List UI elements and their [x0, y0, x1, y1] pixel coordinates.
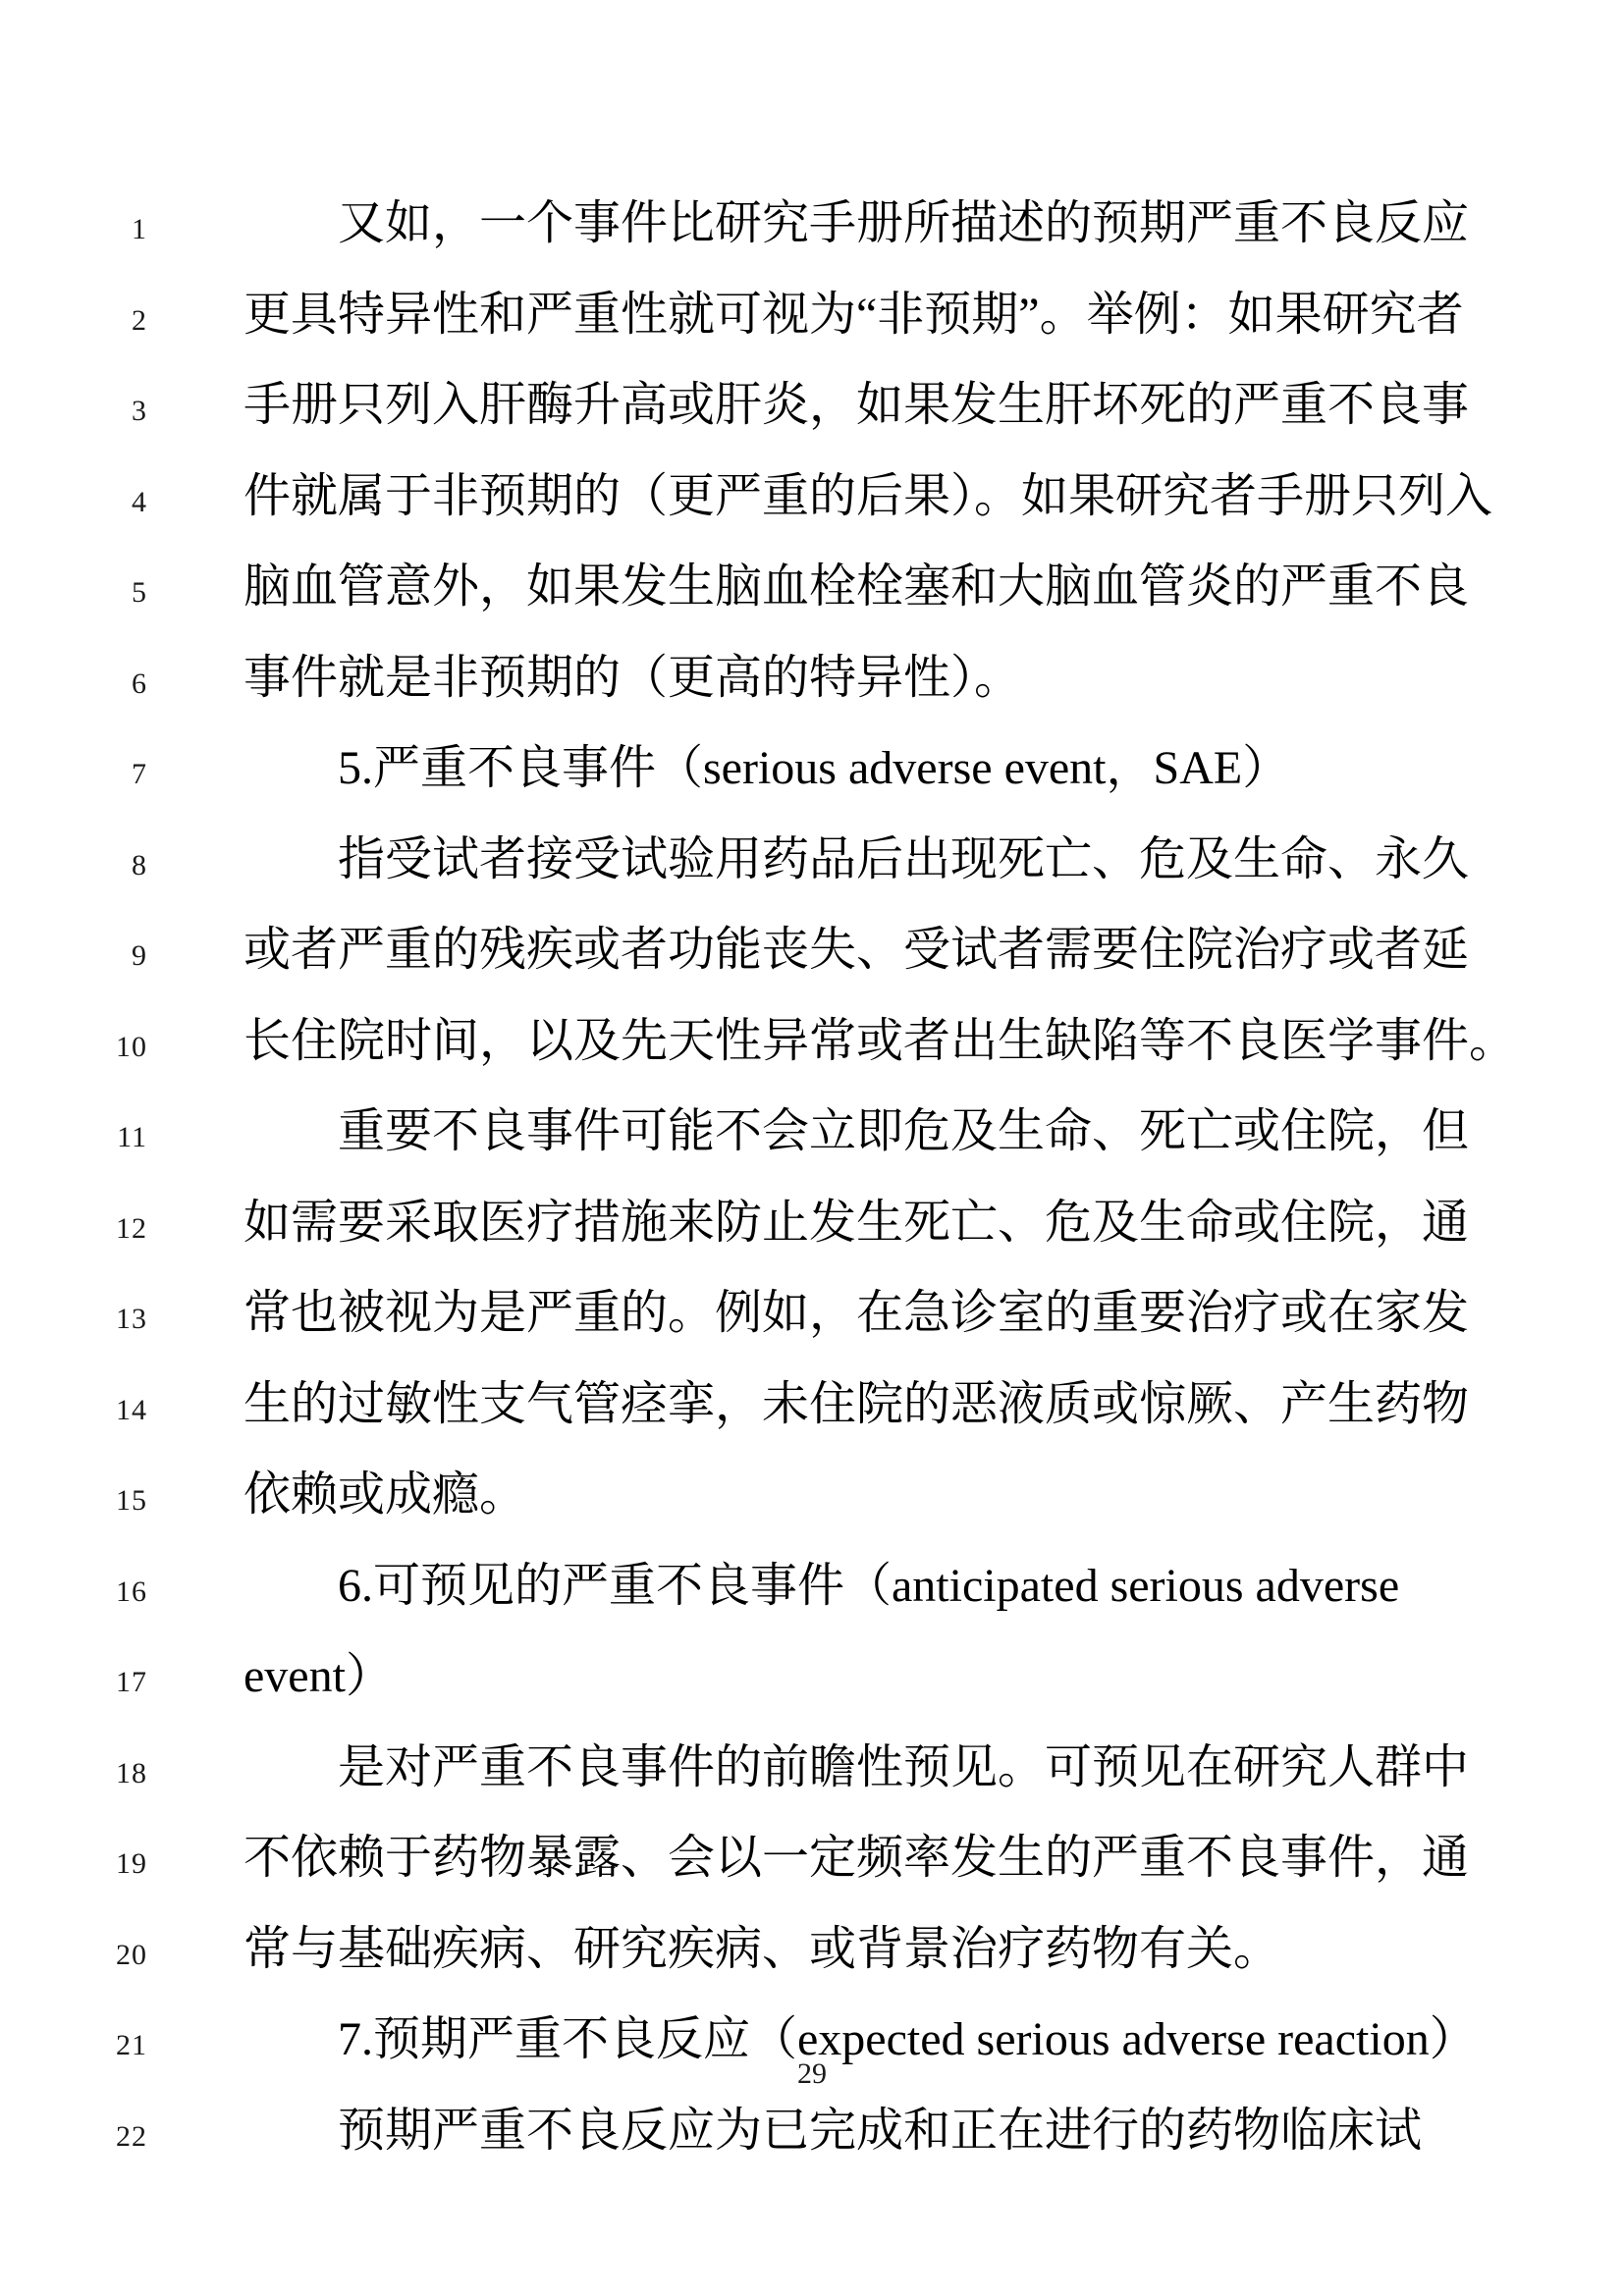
page-number: 29 [0, 2057, 1624, 2091]
text-line: 2更具特异性和严重性就可视为“非预期”。举例：如果研究者 [110, 273, 1496, 364]
text-line: 13常也被视为是严重的。例如，在急诊室的重要治疗或在家发 [110, 1271, 1496, 1362]
line-text: 5.严重不良事件（serious adverse event，SAE） [244, 726, 1496, 812]
text-line: 8指受试者接受试验用药品后出现死亡、危及生命、永久 [110, 818, 1496, 909]
line-number: 2 [110, 279, 147, 364]
line-number: 20 [110, 1913, 147, 1999]
text-line: 5脑血管意外，如果发生脑血栓栓塞和大脑血管炎的严重不良 [110, 545, 1496, 636]
line-number: 17 [110, 1640, 147, 1726]
line-number: 9 [110, 914, 147, 999]
line-text: 6.可预见的严重不良事件（anticipated serious adverse [244, 1544, 1496, 1629]
text-line: 22预期严重不良反应为已完成和正在进行的药物临床试 [110, 2089, 1496, 2180]
text-line: 1又如，一个事件比研究手册所描述的预期严重不良反应 [110, 182, 1496, 273]
line-text: 是对严重不良事件的前瞻性预见。可预见在研究人群中 [244, 1726, 1496, 1811]
line-text: 或者严重的残疾或者功能丧失、受试者需要住院治疗或者延 [244, 908, 1496, 993]
line-text: 件就属于非预期的（更严重的后果）。如果研究者手册只列入 [244, 454, 1496, 540]
line-number: 4 [110, 460, 147, 546]
line-number: 10 [110, 1005, 147, 1091]
text-line: 11重要不良事件可能不会立即危及生命、死亡或住院，但 [110, 1090, 1496, 1181]
line-text: 脑血管意外，如果发生脑血栓栓塞和大脑血管炎的严重不良 [244, 545, 1496, 630]
line-number: 1 [110, 187, 147, 273]
text-line: 10长住院时间，以及先天性异常或者出生缺陷等不良医学事件。 [110, 999, 1496, 1091]
text-line: 19不依赖于药物暴露、会以一定频率发生的严重不良事件，通 [110, 1816, 1496, 1907]
text-line: 17event） [110, 1634, 1496, 1726]
line-text: 预期严重不良反应为已完成和正在进行的药物临床试 [244, 2089, 1496, 2174]
line-text: 重要不良事件可能不会立即危及生命、死亡或住院，但 [244, 1090, 1496, 1175]
line-text: 生的过敏性支气管痉挛，未住院的恶液质或惊厥、产生药物 [244, 1362, 1496, 1448]
text-line: 20常与基础疾病、研究疾病、或背景治疗药物有关。 [110, 1907, 1496, 1999]
text-line: 18是对严重不良事件的前瞻性预见。可预见在研究人群中 [110, 1726, 1496, 1817]
text-line: 6事件就是非预期的（更高的特异性）。 [110, 636, 1496, 727]
line-text: 不依赖于药物暴露、会以一定频率发生的严重不良事件，通 [244, 1816, 1496, 1901]
text-line: 12如需要采取医疗措施来防止发生死亡、危及生命或住院，通 [110, 1181, 1496, 1272]
text-line-heading: 75.严重不良事件（serious adverse event，SAE） [110, 726, 1496, 818]
text-line: 14生的过敏性支气管痉挛，未住院的恶液质或惊厥、产生药物 [110, 1362, 1496, 1454]
line-number: 3 [110, 369, 147, 454]
line-number: 14 [110, 1368, 147, 1454]
line-number: 12 [110, 1187, 147, 1272]
line-number: 16 [110, 1550, 147, 1635]
line-number: 8 [110, 824, 147, 909]
line-text: event） [244, 1634, 1496, 1720]
document-page: 1又如，一个事件比研究手册所描述的预期严重不良反应 2更具特异性和严重性就可视为… [0, 0, 1624, 2296]
text-line: 3手册只列入肝酶升高或肝炎，如果发生肝坏死的严重不良事 [110, 363, 1496, 454]
line-text: 长住院时间，以及先天性异常或者出生缺陷等不良医学事件。 [244, 999, 1516, 1085]
line-text: 常也被视为是严重的。例如，在急诊室的重要治疗或在家发 [244, 1271, 1496, 1357]
line-text: 如需要采取医疗措施来防止发生死亡、危及生命或住院，通 [244, 1181, 1496, 1266]
document-body: 1又如，一个事件比研究手册所描述的预期严重不良反应 2更具特异性和严重性就可视为… [110, 182, 1496, 2179]
line-text: 手册只列入肝酶升高或肝炎，如果发生肝坏死的严重不良事 [244, 363, 1496, 449]
text-line-heading: 166.可预见的严重不良事件（anticipated serious adver… [110, 1544, 1496, 1635]
text-line: 9或者严重的残疾或者功能丧失、受试者需要住院治疗或者延 [110, 908, 1496, 999]
line-number: 7 [110, 732, 147, 818]
line-text: 又如，一个事件比研究手册所描述的预期严重不良反应 [244, 182, 1496, 267]
line-number: 19 [110, 1822, 147, 1907]
line-text: 更具特异性和严重性就可视为“非预期”。举例：如果研究者 [244, 273, 1496, 358]
line-number: 22 [110, 2095, 147, 2180]
line-number: 13 [110, 1277, 147, 1362]
line-number: 18 [110, 1732, 147, 1817]
text-line: 4件就属于非预期的（更严重的后果）。如果研究者手册只列入 [110, 454, 1496, 546]
line-number: 11 [110, 1095, 147, 1181]
line-text: 指受试者接受试验用药品后出现死亡、危及生命、永久 [244, 818, 1496, 903]
line-number: 15 [110, 1459, 147, 1544]
line-number: 5 [110, 551, 147, 636]
text-line: 15依赖或成瘾。 [110, 1453, 1496, 1544]
line-text: 依赖或成瘾。 [244, 1453, 1496, 1538]
line-text: 事件就是非预期的（更高的特异性）。 [244, 636, 1496, 721]
line-text: 常与基础疾病、研究疾病、或背景治疗药物有关。 [244, 1907, 1496, 1993]
line-number: 6 [110, 642, 147, 727]
